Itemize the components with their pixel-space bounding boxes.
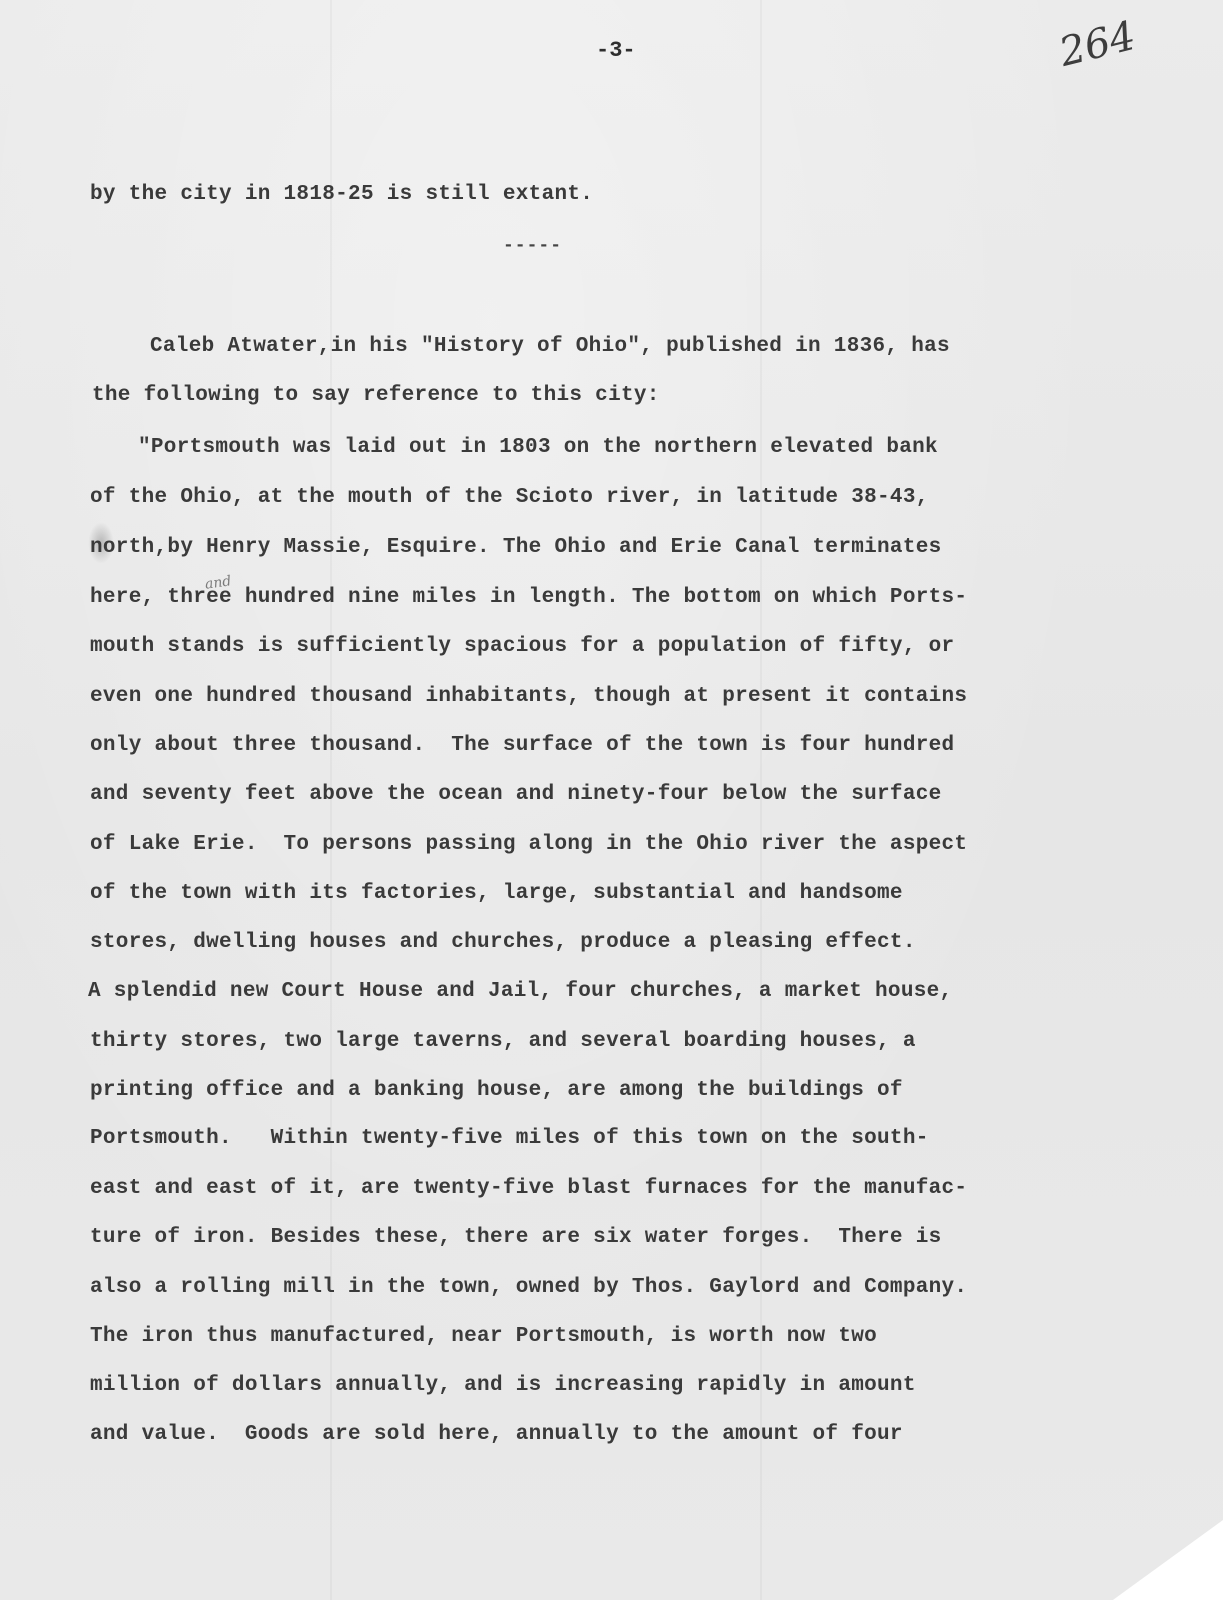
body-line: the following to say reference to this c… [92, 385, 660, 406]
body-line: and value. Goods are sold here, annually… [90, 1424, 903, 1445]
opening-line: by the city in 1818-25 is still extant. [90, 184, 593, 205]
body-line: Caleb Atwater,in his "History of Ohio", … [150, 336, 950, 357]
body-line: "Portsmouth was laid out in 1803 on the … [138, 437, 938, 458]
body-line: A splendid new Court House and Jail, fou… [88, 981, 952, 1002]
body-line: ture of iron. Besides these, there are s… [90, 1227, 942, 1248]
body-line: thirty stores, two large taverns, and se… [90, 1031, 916, 1052]
body-line: of the town with its factories, large, s… [90, 883, 903, 904]
body-line: even one hundred thousand inhabitants, t… [90, 686, 967, 707]
body-line: stores, dwelling houses and churches, pr… [90, 932, 916, 953]
handwritten-folio-number: 264 [1055, 13, 1140, 76]
page-number: -3- [596, 38, 636, 63]
body-line: here, three hundred nine miles in length… [90, 587, 967, 608]
body-line: million of dollars annually, and is incr… [90, 1375, 916, 1396]
body-line: of Lake Erie. To persons passing along i… [90, 834, 967, 855]
body-line: The iron thus manufactured, near Portsmo… [90, 1326, 877, 1347]
body-line: also a rolling mill in the town, owned b… [90, 1277, 967, 1298]
body-line: east and east of it, are twenty-five bla… [90, 1178, 967, 1199]
body-line: only about three thousand. The surface o… [90, 735, 954, 756]
section-separator: ----- [503, 236, 562, 256]
body-line: of the Ohio, at the mouth of the Scioto … [90, 487, 929, 508]
document-page: -3- 264 by the city in 1818-25 is still … [0, 0, 1223, 1600]
body-line: printing office and a banking house, are… [90, 1080, 903, 1101]
body-line: and seventy feet above the ocean and nin… [90, 784, 942, 805]
body-line: Portsmouth. Within twenty-five miles of … [90, 1128, 929, 1149]
body-line: north,by Henry Massie, Esquire. The Ohio… [90, 537, 942, 558]
body-line: mouth stands is sufficiently spacious fo… [90, 636, 954, 657]
